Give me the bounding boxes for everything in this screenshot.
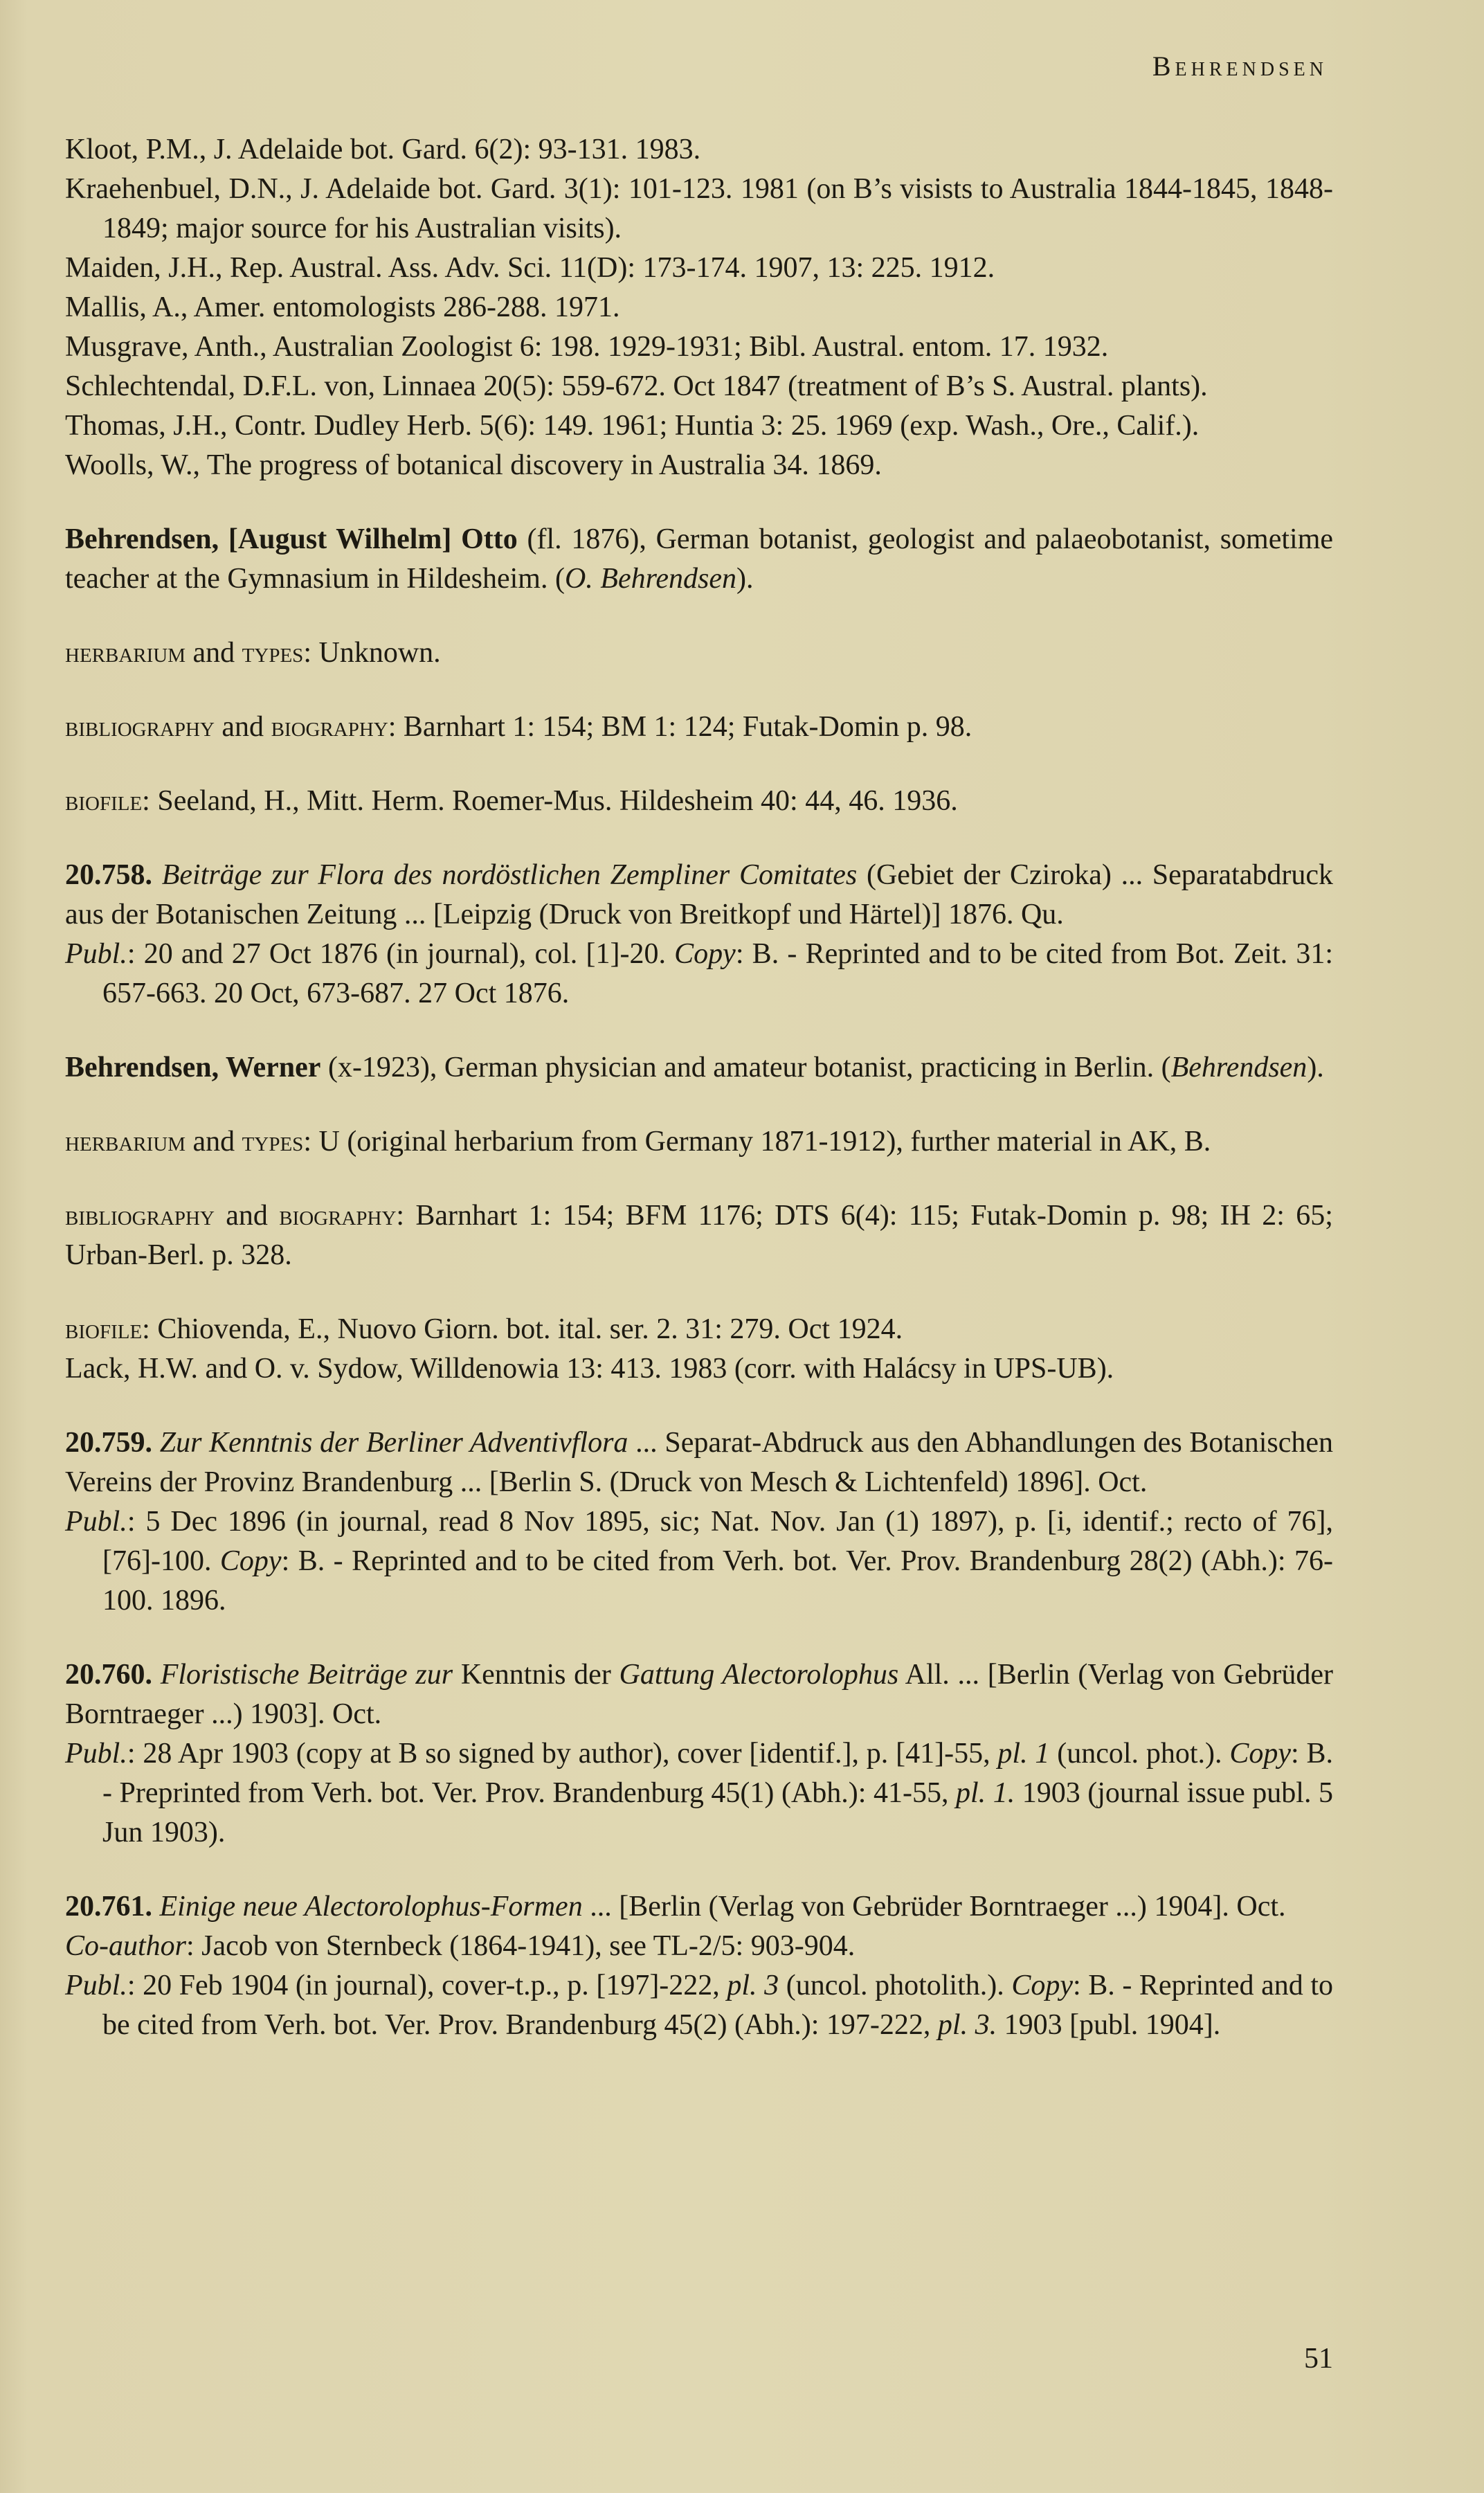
publ-text: : 28 Apr 1903 (copy at B so signed by au…	[127, 1738, 998, 1770]
connector: and	[215, 1200, 279, 1232]
copy-label: Copy	[1011, 1970, 1073, 2001]
biography-label: biography	[279, 1200, 396, 1232]
author-entry-otto: Behrendsen, [August Wilhelm] Otto (fl. 1…	[65, 520, 1333, 599]
work-imprint: ... [Berlin (Verlag von Gebrüder Borntra…	[583, 1891, 1286, 1923]
work-title: Gattung Alectorolophus	[619, 1659, 899, 1691]
biofile-section: biofile: Chiovenda, E., Nuovo Giorn. bot…	[65, 1310, 1333, 1389]
work-entry: 20.760. Floristische Beiträge zur Kenntn…	[65, 1655, 1333, 1853]
bibliography-label: bibliography	[65, 1200, 215, 1232]
biofile-section: biofile: Seeland, H., Mitt. Herm. Roemer…	[65, 782, 1333, 821]
plate-ref: pl. 3.	[938, 2009, 997, 2041]
work-entry: 20.761. Einige neue Alectorolophus-Forme…	[65, 1887, 1333, 2045]
biofile-text: : Seeland, H., Mitt. Herm. Roemer-Mus. H…	[142, 785, 958, 817]
publ-text: : 20 Feb 1904 (in journal), cover-t.p., …	[127, 1970, 727, 2001]
copy-text: 1903 [publ. 1904].	[997, 2009, 1220, 2041]
page-number: 51	[1304, 2342, 1333, 2375]
herbarium-section: herbarium and types: U (original herbari…	[65, 1122, 1333, 1162]
publ-label: Publ.	[65, 1738, 127, 1770]
author-name: Behrendsen, [August Wilhelm] Otto	[65, 523, 518, 555]
references-list: Kloot, P.M., J. Adelaide bot. Gard. 6(2)…	[65, 130, 1333, 485]
book-page: Behrendsen Kloot, P.M., J. Adelaide bot.…	[0, 0, 1484, 2493]
author-description: (x-1923), German physician and amateur b…	[320, 1052, 1170, 1083]
running-head: Behrendsen	[1152, 50, 1328, 82]
reference-item: Musgrave, Anth., Australian Zoologist 6:…	[65, 327, 1333, 367]
reference-item: Mallis, A., Amer. entomologists 286-288.…	[65, 288, 1333, 327]
publ-label: Publ.	[65, 1970, 127, 2001]
copy-text: : B. - Reprinted and to be cited from Ve…	[102, 1545, 1333, 1617]
bibliography-section: bibliography and biography: Barnhart 1: …	[65, 708, 1333, 747]
copy-label: Copy	[674, 938, 736, 970]
work-title: Zur Kenntnis der Berliner Adventivflora	[160, 1427, 628, 1459]
coauthor-text: : Jacob von Sternbeck (1864-1941), see T…	[186, 1930, 855, 1962]
connector: and	[215, 711, 271, 743]
biofile-text: : Chiovenda, E., Nuovo Giorn. bot. ital.…	[142, 1313, 903, 1345]
work-title: Floristische Beiträge zur	[161, 1659, 453, 1691]
work-title: Einige neue Alectorolophus-Formen	[160, 1891, 583, 1923]
punctuation: ).	[1307, 1052, 1324, 1083]
biofile-label: biofile	[65, 785, 142, 817]
publ-text: (uncol. phot.).	[1049, 1738, 1229, 1770]
work-number: 20.759.	[65, 1427, 152, 1459]
work-title-line: 20.760. Floristische Beiträge zur Kenntn…	[65, 1655, 1333, 1734]
work-number: 20.760.	[65, 1659, 152, 1691]
work-title: Beiträge zur Flora des nordöstlichen Zem…	[162, 859, 858, 891]
work-entry: 20.758. Beiträge zur Flora des nordöstli…	[65, 856, 1333, 1014]
coauthor-label: Co-author	[65, 1930, 186, 1962]
publication-note: Publ.: 28 Apr 1903 (copy at B so signed …	[65, 1734, 1333, 1853]
plate-ref: pl. 3	[727, 1970, 779, 2001]
work-title-line: 20.758. Beiträge zur Flora des nordöstli…	[65, 856, 1333, 935]
plate-ref: pl. 1	[997, 1738, 1049, 1770]
reference-item: Woolls, W., The progress of botanical di…	[65, 446, 1333, 485]
herbarium-label: herbarium	[65, 637, 185, 669]
biofile-line: biofile: Chiovenda, E., Nuovo Giorn. bot…	[65, 1310, 1333, 1349]
bibliography-text: : Barnhart 1: 154; BM 1: 124; Futak-Domi…	[388, 711, 972, 743]
work-title-line: 20.761. Einige neue Alectorolophus-Forme…	[65, 1887, 1333, 1927]
copy-label: Copy	[1229, 1738, 1291, 1770]
connector: and	[185, 1126, 242, 1158]
punctuation: ).	[736, 563, 754, 595]
publ-text: (uncol. photolith.).	[779, 1970, 1011, 2001]
publ-text: : 20 and 27 Oct 1876 (in journal), col. …	[127, 938, 674, 970]
reference-item: Thomas, J.H., Contr. Dudley Herb. 5(6): …	[65, 406, 1333, 446]
copy-label: Copy	[220, 1545, 282, 1577]
herbarium-section: herbarium and types: Unknown.	[65, 633, 1333, 673]
herbarium-text: : Unknown.	[303, 637, 440, 669]
reference-item: Kloot, P.M., J. Adelaide bot. Gard. 6(2)…	[65, 130, 1333, 170]
types-label: types	[242, 1126, 304, 1158]
biofile-line: Lack, H.W. and O. v. Sydow, Willdenowia …	[65, 1349, 1333, 1389]
coauthor-note: Co-author: Jacob von Sternbeck (1864-194…	[65, 1927, 1333, 1966]
biography-label: biography	[271, 711, 388, 743]
work-title-roman: Kenntnis der	[453, 1659, 619, 1691]
herbarium-label: herbarium	[65, 1126, 185, 1158]
publ-label: Publ.	[65, 938, 127, 970]
work-number: 20.761.	[65, 1891, 152, 1923]
author-abbreviation: Behrendsen	[1171, 1052, 1307, 1083]
page-body: Kloot, P.M., J. Adelaide bot. Gard. 6(2)…	[65, 130, 1333, 2045]
author-name: Behrendsen, Werner	[65, 1052, 320, 1083]
bibliography-section: bibliography and biography: Barnhart 1: …	[65, 1196, 1333, 1275]
work-entry: 20.759. Zur Kenntnis der Berliner Advent…	[65, 1423, 1333, 1621]
plate-ref: pl. 1.	[956, 1777, 1015, 1809]
herbarium-text: : U (original herbarium from Germany 187…	[303, 1126, 1211, 1158]
author-entry-werner: Behrendsen, Werner (x-1923), German phys…	[65, 1048, 1333, 1088]
reference-item: Maiden, J.H., Rep. Austral. Ass. Adv. Sc…	[65, 249, 1333, 288]
publ-label: Publ.	[65, 1506, 127, 1538]
publication-note: Publ.: 5 Dec 1896 (in journal, read 8 No…	[65, 1502, 1333, 1621]
publication-note: Publ.: 20 and 27 Oct 1876 (in journal), …	[65, 935, 1333, 1014]
author-abbreviation: O. Behrendsen	[565, 563, 736, 595]
work-number: 20.758.	[65, 859, 152, 891]
publication-note: Publ.: 20 Feb 1904 (in journal), cover-t…	[65, 1966, 1333, 2045]
biofile-label: biofile	[65, 1313, 142, 1345]
work-title-line: 20.759. Zur Kenntnis der Berliner Advent…	[65, 1423, 1333, 1502]
connector: and	[185, 637, 242, 669]
bibliography-label: bibliography	[65, 711, 215, 743]
reference-item: Schlechtendal, D.F.L. von, Linnaea 20(5)…	[65, 367, 1333, 406]
reference-item: Kraehenbuel, D.N., J. Adelaide bot. Gard…	[65, 170, 1333, 249]
types-label: types	[242, 637, 304, 669]
